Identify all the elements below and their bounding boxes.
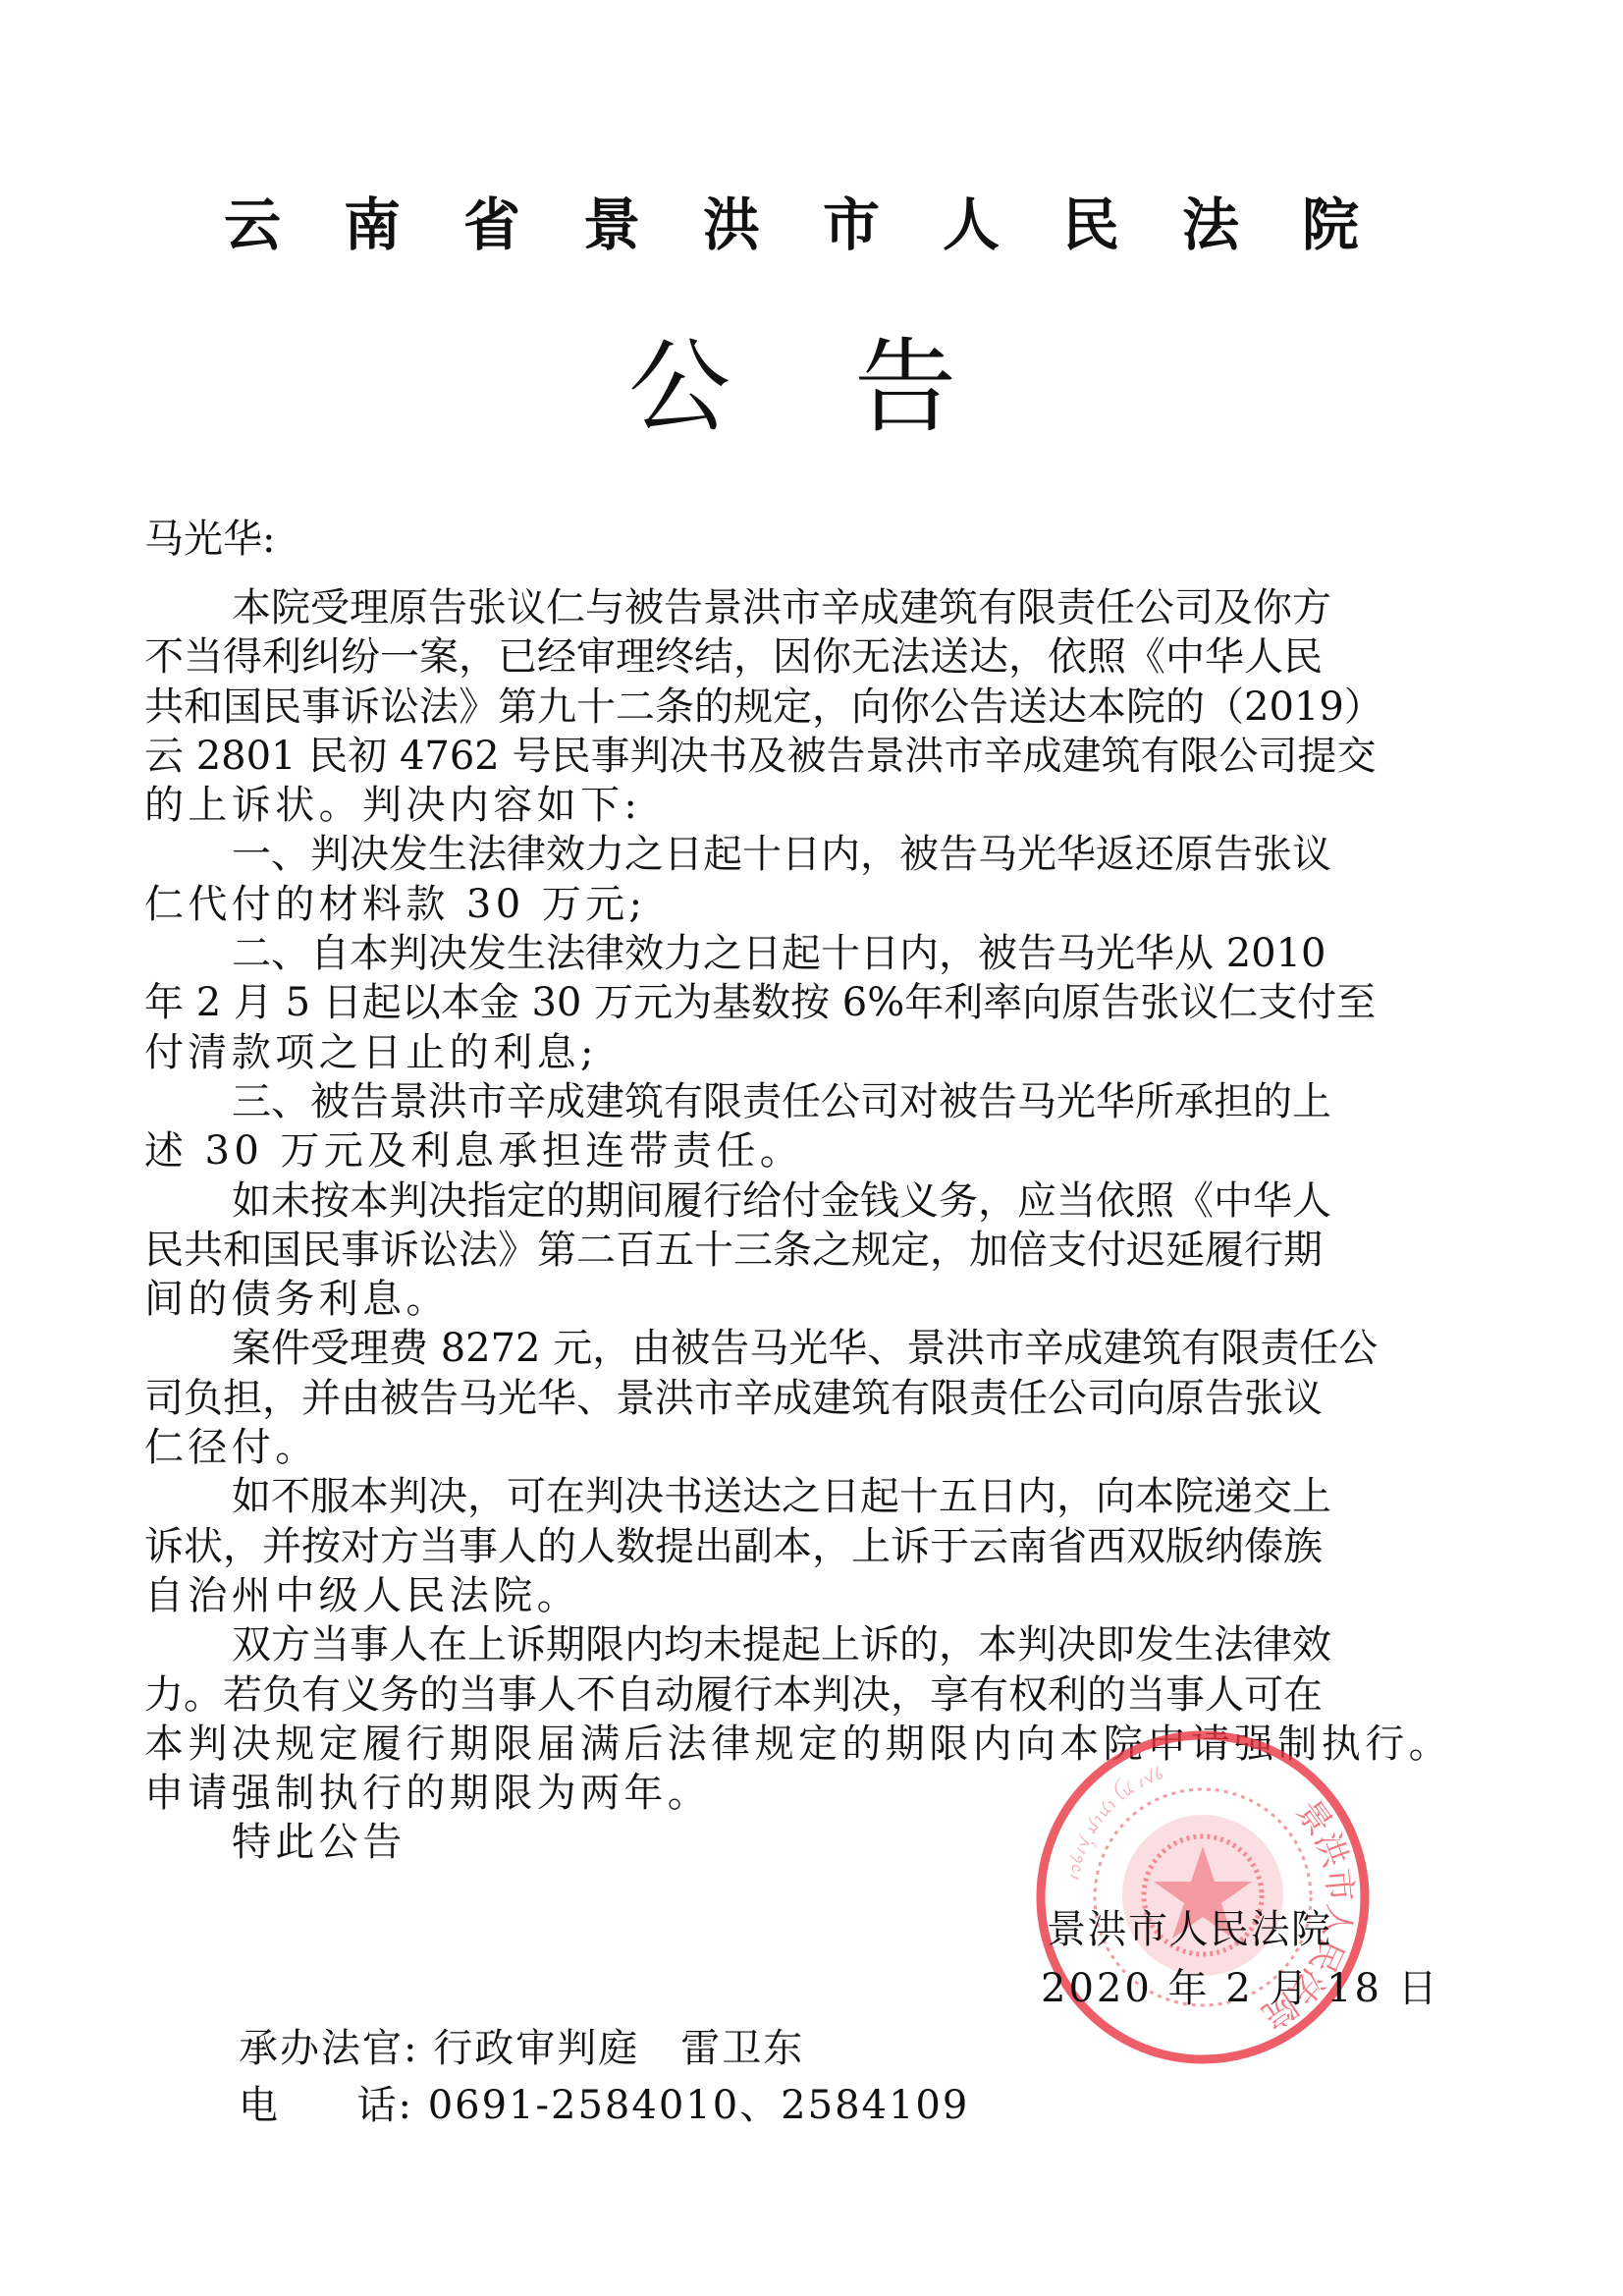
body-line: 诉状，并按对方当事人的人数提出副本，上诉于云南省西双版纳傣族 xyxy=(144,1522,1456,1571)
body-line: 共和国民事诉讼法》第九十二条的规定，向你公告送达本院的（2019） xyxy=(144,683,1456,732)
body-line: 仁径付。 xyxy=(144,1423,1456,1472)
judge-label: 承办法官: xyxy=(239,2026,418,2071)
issuer-signature: 景洪市人民法院 xyxy=(1047,1908,1332,1951)
body-line: 力。若负有义务的当事人不自动履行本判决，享有权利的当事人可在 xyxy=(144,1670,1456,1720)
court-seal-icon: 景洪市人民法院 ꪹꪫꪉꪹꪚꪴ ꪣꪱꪙꪱ ꪶꪙ ꪹꪚꪉ xyxy=(1034,1728,1372,2066)
issue-date: 2020 年 2 月 18 日 xyxy=(1041,1967,1440,2010)
judge-value: 行政审判庭 雷卫东 xyxy=(433,2026,804,2071)
announcement-body: 本院受理原告张议仁与被告景洪市辛成建筑有限责任公司及你方不当得利纠纷一案，已经审… xyxy=(144,583,1456,1868)
body-line: 一、判决发生法律效力之日起十日内，被告马光华返还原告张议 xyxy=(144,830,1456,879)
body-line: 云 2801 民初 4762 号民事判决书及被告景洪市辛成建筑有限公司提交 xyxy=(144,732,1456,781)
body-line: 自治州中级人民法院。 xyxy=(144,1571,1456,1620)
body-line: 间的债务利息。 xyxy=(144,1275,1456,1324)
body-line: 民共和国民事诉讼法》第二百五十三条之规定，加倍支付迟延履行期 xyxy=(144,1226,1456,1275)
body-line: 的上诉状。判决内容如下: xyxy=(144,781,1456,830)
body-line: 案件受理费 8272 元，由被告马光华、景洪市辛成建筑有限责任公 xyxy=(144,1324,1456,1373)
body-line: 如不服本判决，可在判决书送达之日起十五日内，向本院递交上 xyxy=(144,1472,1456,1521)
contact-footer: 承办法官: 行政审判庭 雷卫东 电话: 0691-2584010、2584109 xyxy=(239,2023,969,2137)
court-name-heading: 云南省景洪市人民法院 xyxy=(224,192,1402,257)
body-line: 三、被告景洪市辛成建筑有限责任公司对被告马光华所承担的上 xyxy=(144,1077,1456,1126)
body-line: 年 2 月 5 日起以本金 30 万元为基数按 6%年利率向原告张议仁支付至 xyxy=(144,978,1456,1027)
phone-row: 电话: 0691-2584010、2584109 xyxy=(239,2080,969,2137)
body-line: 二、自本判决发生法律效力之日起十日内，被告马光华从 2010 xyxy=(144,929,1456,978)
court-announcement-page: 云南省景洪市人民法院 公告 马光华: 本院受理原告张议仁与被告景洪市辛成建筑有限… xyxy=(0,0,1623,2296)
body-line: 如未按本判决指定的期间履行给付金钱义务，应当依照《中华人 xyxy=(144,1176,1456,1226)
body-line: 仁代付的材料款 30 万元; xyxy=(144,880,1456,929)
phone-label: 电话: xyxy=(239,2080,413,2131)
body-line: 本院受理原告张议仁与被告景洪市辛成建筑有限责任公司及你方 xyxy=(144,583,1456,632)
addressee: 马光华: xyxy=(144,518,275,561)
phone-value: 0691-2584010、2584109 xyxy=(428,2083,970,2128)
body-line: 述 30 万元及利息承担连带责任。 xyxy=(144,1126,1456,1175)
body-line: 不当得利纠纷一案，已经审理终结，因你无法送达，依照《中华人民 xyxy=(144,632,1456,682)
judge-row: 承办法官: 行政审判庭 雷卫东 xyxy=(239,2023,969,2080)
body-line: 付清款项之日止的利息; xyxy=(144,1028,1456,1077)
body-line: 司负担，并由被告马光华、景洪市辛成建筑有限责任公司向原告张议 xyxy=(144,1374,1456,1423)
document-type-title: 公告 xyxy=(628,330,1080,444)
body-line: 双方当事人在上诉期限内均未提起上诉的，本判决即发生法律效 xyxy=(144,1620,1456,1669)
